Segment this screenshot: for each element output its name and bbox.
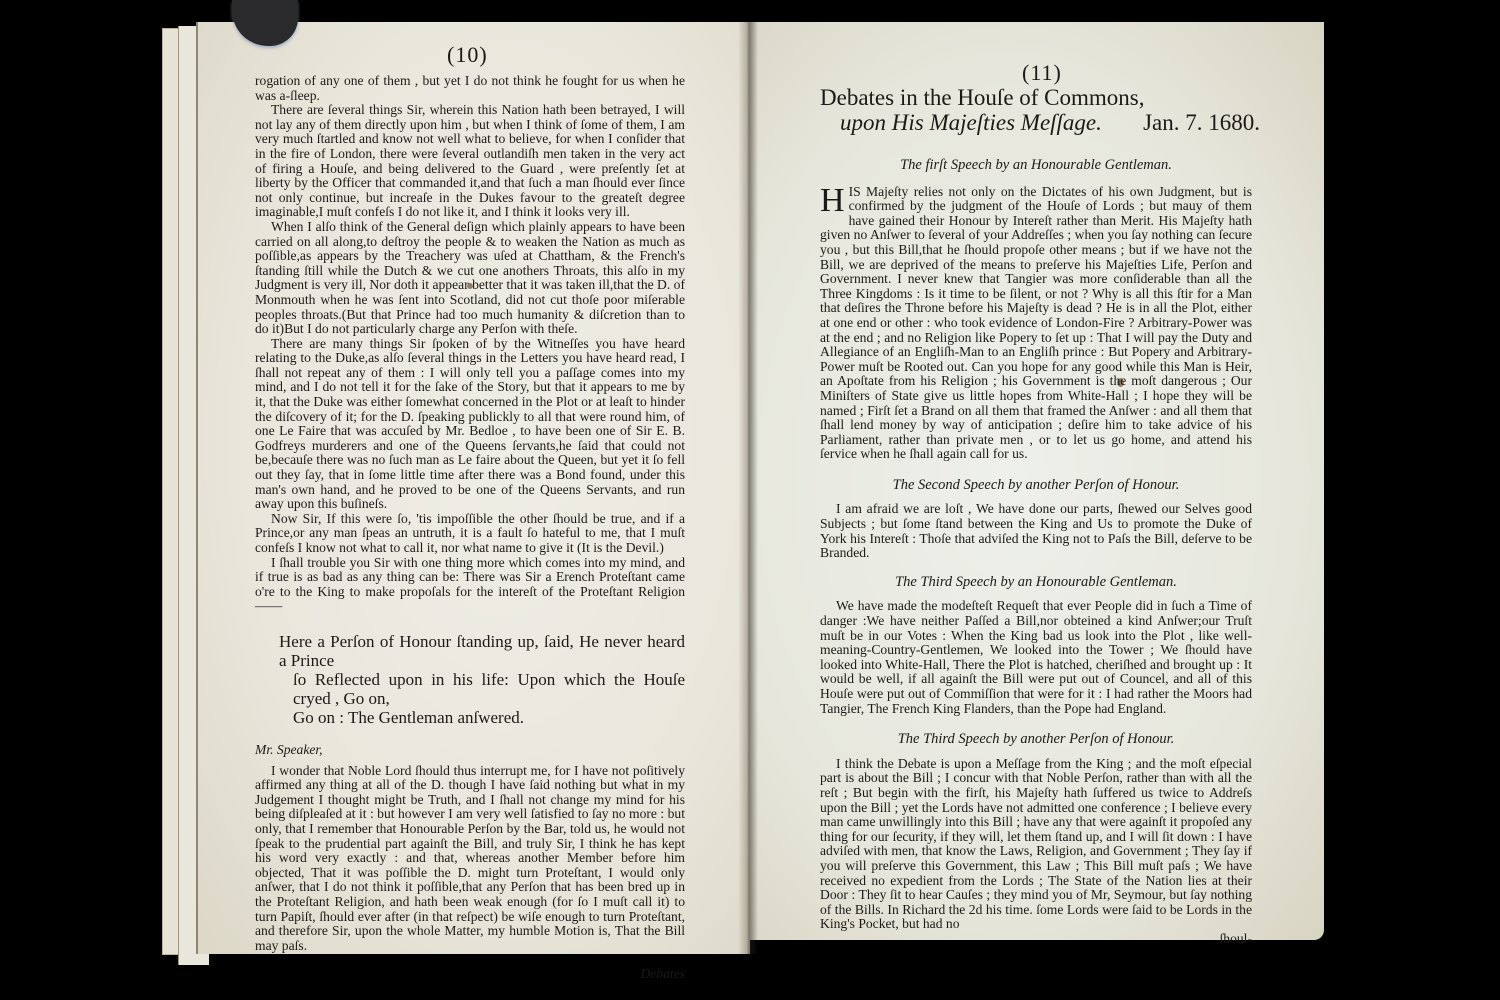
title-line: Debates in the Houſe of Commons, xyxy=(820,85,1145,110)
interjection-line: ſo Reflected upon in his life: Upon whic… xyxy=(279,670,685,708)
speech-heading: The Third Speech by an Honourable Gentle… xyxy=(820,575,1252,590)
speech-heading: The firſt Speech by an Honourable Gentle… xyxy=(820,158,1252,173)
folio-right: (11) xyxy=(1022,60,1062,86)
paragraph: Now Sir, If this were ſo, 'tis impoſſibl… xyxy=(255,512,685,556)
salutation: Mr. Speaker, xyxy=(255,743,685,758)
paragraph: When I alſo think of the General deſign … xyxy=(255,220,685,337)
left-page-text: rogation of any one of them , but yet I … xyxy=(255,74,685,982)
speech: H IS Majeſty relies not only on the Dict… xyxy=(820,185,1252,462)
speech-text: I am afraid we are loſt , We have done o… xyxy=(820,502,1252,560)
catchword: Debates xyxy=(255,967,685,982)
page-title: Debates in the Houſe of Commons, Jan. 7.… xyxy=(820,85,1260,135)
speech-text: We have made the modeſteſt Requeſt that … xyxy=(820,599,1252,716)
speech-heading: The Third Speech by another Perſon of Ho… xyxy=(820,732,1252,747)
catchword: ſhoul- xyxy=(820,932,1252,947)
reply-paragraph: I wonder that Noble Lord ſhould thus int… xyxy=(255,764,685,954)
interjection-line: Here a Perſon of Honour ſtanding up, ſai… xyxy=(279,632,685,670)
interjection-line: Go on : The Gentleman anſwered. xyxy=(279,708,685,727)
paragraph: I ſhall trouble you Sir with one thing m… xyxy=(255,556,685,614)
paragraph: There are many things Sir ſpoken of by t… xyxy=(255,337,685,512)
interjection: Here a Perſon of Honour ſtanding up, ſai… xyxy=(255,632,685,727)
paragraph: rogation of any one of them , but yet I … xyxy=(255,74,685,103)
drop-cap: H xyxy=(820,187,845,215)
speech-text: IS Majeſty relies not only on the Dictat… xyxy=(820,184,1252,462)
right-page-text: The firſt Speech by an Honourable Gentle… xyxy=(820,158,1252,947)
title-date: Jan. 7. 1680. xyxy=(1143,110,1260,135)
speech-heading: The Second Speech by another Perſon of H… xyxy=(820,478,1252,493)
book-gutter xyxy=(738,22,758,954)
speech-text: I think the Debate is upon a Meſſage fro… xyxy=(820,757,1252,932)
paragraph: There are ſeveral things Sir, wherein th… xyxy=(255,103,685,220)
folio-left: (10) xyxy=(447,42,488,68)
